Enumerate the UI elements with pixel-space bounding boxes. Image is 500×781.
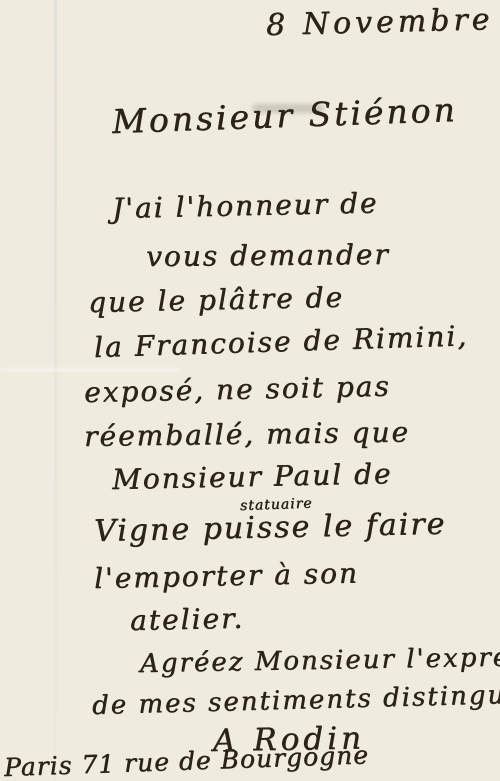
letter-body-line-7: Monsieur Paul de	[112, 457, 393, 496]
letter-body-line-4: la Francoise de Rimini,	[93, 319, 468, 364]
letter-body-line-8: Vigne puisse le faire	[94, 507, 447, 549]
letter-body-line-5: exposé, ne soit pas	[84, 370, 391, 409]
letter-body-line-1: J'ai l'honneur de	[112, 186, 379, 225]
letter-date: 8 Novembre 87	[266, 0, 500, 43]
letter-body-line-9: l'emporter à son	[94, 556, 360, 595]
letter-closing-line-2: de mes sentiments distingués	[92, 679, 500, 721]
letter-body-line-2: vous demander	[146, 238, 390, 273]
letter-page: 8 Novembre 87 Monsieur Stiénon J'ai l'ho…	[0, 0, 500, 781]
letter-body-line-10: atelier.	[130, 602, 245, 637]
paper-crease	[0, 368, 180, 371]
letter-body-line-6: réemballé, mais que	[84, 415, 410, 453]
letter-salutation: Monsieur Stiénon	[111, 90, 458, 141]
paper-fold-line	[54, 0, 57, 781]
letter-body-line-3: que le plâtre de	[88, 281, 345, 319]
letter-closing-line-1: Agréez Monsieur l'expression	[140, 641, 500, 679]
letter-address: Paris 71 rue de Bourgogne	[3, 740, 369, 781]
